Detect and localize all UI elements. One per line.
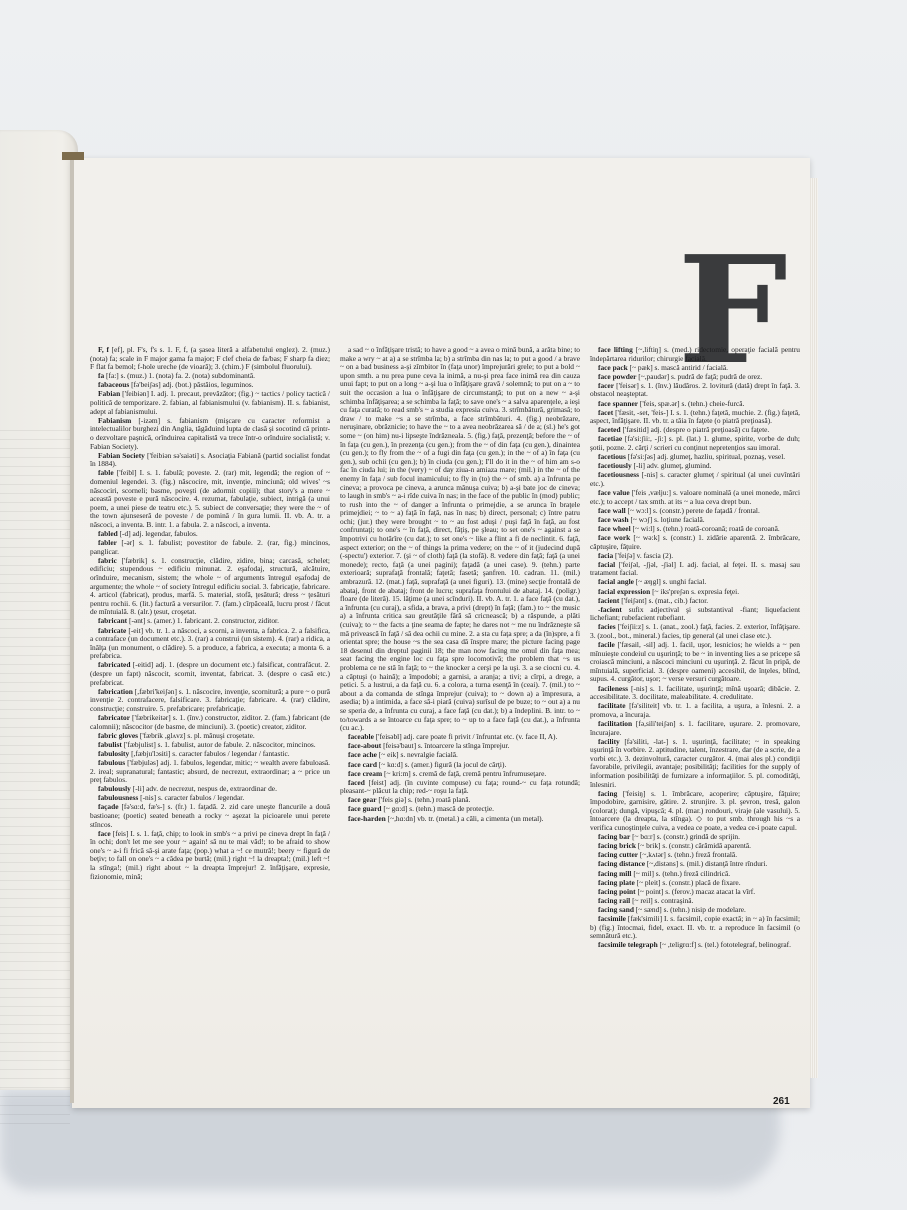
dictionary-entry: facilitate [fə'siliteit] vb. tr. 1. a fa… [590,702,800,719]
dictionary-entry: fabulous ['fæbjuləs] adj. 1. fabulos, le… [90,759,330,785]
entry-headword: fabulousness [98,793,138,802]
entry-definition: [~ bɑ:r] s. (constr.) grindă de sprijin. [632,832,740,841]
book-spine [70,158,74,1103]
entry-definition: ['fæbrik ,glʌvz] s. pl. mănuşi croşetate… [140,731,255,740]
entry-definition: ['feiʃii:z] s. 1. (anat., zool.) faţă, f… [590,622,800,640]
entry-headword: facient [598,596,619,605]
entry-definition: [fə'si:ʃəs] adj. glumeţ, hazliu, spiritu… [628,452,785,461]
entry-headword: face-harden [348,814,386,823]
dictionary-entry: facsimile telegraph [~ ,teligrɑ:f] s. (t… [590,941,800,950]
entry-definition: [~ brik] s. (constr.) cărămidă aparentă. [638,841,751,850]
entry-headword: facsimile telegraph [598,940,658,949]
entry-definition: ['fæsail, -sil] adj. 1. facil, uşor, les… [590,640,800,683]
entry-definition: [~ point] s. (ferov.) macaz atacat la vî… [637,887,755,896]
entry-headword: fabulist [98,740,122,749]
entry-definition: [~ ,teligrɑ:f] s. (tel.) fototelegraf, b… [660,940,791,949]
dictionary-entry: facial ['feiʃəl, -ʃjəl, -ʃiəl] I. adj. f… [590,561,800,578]
entry-definition: [ef], pl. F's, f's s. 1. F, f, (a şasea … [90,345,330,371]
entry-definition: [~ wɔ:l] s. (constr.) perete de faţadă /… [628,506,760,515]
dictionary-entry: fabricated [-eitid] adj. 1. (despre un d… [90,661,330,687]
dictionary-entry: faced [feist] adj. (în cuvinte compuse) … [340,779,580,796]
entry-definition: [~,kʌtər] s. (tehn.) freză frontală. [640,850,737,859]
entry-headword: facial expression [598,587,650,596]
dictionary-entry: facile ['fæsail, -sil] adj. 1. facil, uş… [590,641,800,684]
dictionary-entry: -facient sufix adjectival şi substantiva… [590,606,800,623]
entry-headword: face-about [348,741,381,750]
dictionary-entry: fable ['feibl] I. s. 1. fabulă; poveste.… [90,469,330,529]
column-3: face lifting [~,liftiŋ] s. (med.) ridect… [590,346,800,950]
dictionary-entry: face-harden [~,hɑ:dn] vb. tr. (metal.) a… [340,815,580,824]
dictionary-entry: facetiousness [-nis] s. caracter glumeţ … [590,471,800,488]
entry-definition: [fa:] s. (muz.) 1. (nota) fa. 2. (nota) … [106,371,255,380]
dictionary-entry: facer ['feisər] s. 1. (înv.) lăudăros. 2… [590,382,800,399]
dictionary-entry: fabrication [,fæbri'keiʃən] s. 1. născoc… [90,688,330,714]
column-2: a sad ~ o înfăţişare tristă; to have a g… [340,346,580,950]
left-page-faint-text [0,430,70,1130]
entry-definition: [~ sænd] s. (tehn.) nisip de modelare. [636,905,746,914]
entry-headword: facing sand [598,905,634,914]
entry-headword: facing rail [598,896,630,905]
entry-definition: [~ mil] s. (tehn.) freză cilindrică. [633,869,730,878]
dictionary-entry: F, f [ef], pl. F's, f's s. 1. F, f, (a ş… [90,346,330,372]
entry-definition: [~ wɔʃ] s. loţiune facială. [630,515,704,524]
entry-definition: [,fæbju'lɔsiti] s. caracter fabulos / le… [131,749,290,758]
entry-definition: [~ pleit] s. (constr.) placă de fixare. [637,878,741,887]
entry-definition: [~,distəns] s. (mil.) distanţă între rîn… [647,859,767,868]
entry-headword: face spanner [598,399,638,408]
dictionary-entry: a sad ~ o înfăţişare tristă; to have a g… [340,346,580,733]
dictionary-entry: face [feis] I. s. 1. faţă, chip; to look… [90,830,330,882]
dictionary-entry: face work [~ wə:k] s. (constr.) 1. zidăr… [590,534,800,551]
entry-headword: facetiously [598,461,632,470]
dictionary-entry: fabler [-ər] s. 1. fabulist; povestitor … [90,539,330,556]
entry-headword: faceted [598,425,621,434]
entry-headword: fabulously [98,784,131,793]
entry-definition: ['fæsit, -set, 'feis-] I. s. 1. (tehn.) … [590,408,800,426]
entry-definition: [fə'si:ʃii:, -ʃi:] s. pl. (lat.) 1. glum… [590,434,800,452]
dictionary-entry: facilitation [fə,sili'teiʃən] s. 1. faci… [590,720,800,737]
left-page-edge [0,130,78,1090]
entry-definition: ['feisəbl] adj. care poate fi privit / î… [376,732,558,741]
dictionary-columns: F, f [ef], pl. F's, f's s. 1. F, f, (a ş… [90,346,800,950]
entry-headword: face wheel [598,524,631,533]
entry-headword: facetious [598,452,626,461]
dictionary-entry: facileness [-nis] s. 1. facilitate, uşur… [590,685,800,702]
dictionary-entry: fabricate [-eit] vb. tr. 1. a născoci, a… [90,627,330,661]
entry-definition: ['fæsitid] adj. (despre o piatră preţioa… [622,425,769,434]
entry-definition: [~ æŋgl] s. unghi facial. [636,577,706,586]
entry-headword: face ache [348,750,377,759]
entry-definition: ['feisər] s. 1. (înv.) lăudăros. 2. lovi… [590,381,800,399]
entry-definition: ['feibiən] I. adj. 1. precaut, prevăzăto… [90,389,330,415]
dictionary-entry: face value ['feis ,vælju:] s. valoare no… [590,489,800,506]
entry-headword: face gear [348,795,377,804]
dictionary-entry: facility [fə'siliti, -lat-] s. 1. uşurin… [590,738,800,790]
entry-definition: [fə'siliti, -lat-] s. 1. uşurinţă, facil… [590,737,800,789]
entry-headword: fabled [98,529,118,538]
entry-headword: fa [98,371,104,380]
entry-definition: [-d] adj. legendar, fabulos. [120,529,198,538]
entry-definition: [fə'sɑ:d, fæ's-] s. (fr.) 1. faţadă. 2. … [90,802,330,828]
entry-headword: fabaceous [98,380,129,389]
entry-definition: sufix adjectival şi substantival -fiant;… [590,605,800,623]
entry-headword: face wall [598,506,626,515]
entry-headword: face cream [348,769,382,778]
entry-definition: [-nis] s. caracter fabulos / legendar. [140,793,244,802]
entry-definition: ['feiʃə] v. fascia (2). [615,551,673,560]
entry-definition: [-ər] s. 1. fabulist; povestitor de fabu… [90,538,330,556]
entry-headword: face guard [348,804,381,813]
entry-definition: [feisə'baut] s. întoarcere la stînga împ… [383,741,509,750]
entry-definition: [feist] adj. (în cuvinte compuse) cu faţ… [340,778,580,796]
entry-headword: faceable [348,732,374,741]
entry-headword: fabulosity [98,749,129,758]
entry-definition: ['feiʃənt] s. (mat., cib.) factor. [621,596,708,605]
dictionary-entry: fabricator ['fæbrikeitər] s. 1. (înv.) c… [90,714,330,731]
entry-definition: [feis] I. s. 1. faţă, chip; to look in s… [90,829,330,881]
entry-headword: facing mill [598,869,631,878]
entry-headword: fabricant [98,616,127,625]
entry-definition: ['feis giə] s. (tehn.) roată plană. [378,795,470,804]
entry-definition: ['fæbjulist] s. 1. fabulist, autor de fa… [124,740,316,749]
entry-definition: a sad ~ o înfăţişare tristă; to have a g… [340,345,580,732]
entry-headword: face powder [598,372,636,381]
entry-definition: [~,paudər] s. pudră de faţă; pudră de or… [638,372,762,381]
dictionary-entry: facsimile [fæk'simili] I. s. facsimil, c… [590,915,800,941]
column-1: F, f [ef], pl. F's, f's s. 1. F, f, (a ş… [90,346,330,950]
entry-headword: face pack [598,363,628,372]
entry-definition: ['fæbjuləs] adj. 1. fabulos, legendar, m… [90,758,330,784]
page-number: 261 [773,1096,790,1107]
entry-definition: [fə'beiʃəs] adj. (bot.) păstăios, legumi… [131,380,253,389]
entry-headword: face card [348,760,377,769]
dictionary-entry: facetiae [fə'si:ʃii:, -ʃi:] s. pl. (lat.… [590,435,800,452]
entry-definition: ['fæbrik] s. 1. construcţie, clădire, zi… [90,556,330,617]
dictionary-entry: facet ['fæsit, -set, 'feis-] I. s. 1. (t… [590,409,800,426]
entry-definition: ['feisiŋ] s. 1. îmbrăcare, acoperire; că… [590,789,800,832]
entry-definition: [-ənt] s. (amer.) 1. fabricant. 2. const… [129,616,279,625]
entry-headword: facial angle [598,577,634,586]
entry-headword: facing brick [598,841,636,850]
entry-headword: facing distance [598,859,645,868]
entry-headword: facing bar [598,832,630,841]
entry-definition: [~ eik] s. nevralgie facială. [379,750,458,759]
dictionary-entry: face lifting [~,liftiŋ] s. (med.) ridect… [590,346,800,363]
entry-definition: [~,hɑ:dn] vb. tr. (metal.) a căli, a cim… [388,814,544,823]
entry-definition: [-li] adv. glumeţ, glumind. [634,461,712,470]
entry-definition: ['feis, spæ.ər] s. (tehn.) cheie-furcă. [640,399,745,408]
dictionary-entry: Fabian Society ['feibiən sə'saiəti] s. A… [90,452,330,469]
entry-headword: facia [598,551,613,560]
entry-definition: [~ reil] s. contraşină. [632,896,693,905]
entry-definition: [~ kɑ:d] s. (amer.) figură (la jocul de … [379,760,507,769]
entry-definition: [-li] adv. de necrezut, nespus de, extra… [133,784,277,793]
entry-headword: face wash [598,515,629,524]
entry-definition: [~ wi:l] s. (tehn.) roată-coroană; roată… [633,524,780,533]
dictionary-entry: facies ['feiʃii:z] s. 1. (anat., zool.) … [590,623,800,640]
entry-headword: facing plate [598,878,635,887]
dictionary-entry: fabric ['fæbrik] s. 1. construcţie, clăd… [90,557,330,617]
entry-definition: [-eit] vb. tr. 1. a născoci, a scorni, a… [90,626,330,661]
entry-definition: [~ iks'preʃən s. expresia feţei. [652,587,739,596]
entry-headword: facing cutter [598,850,638,859]
spine-headband [62,152,84,160]
entry-definition: [~ gɑ:d] s. (tehn.) mască de protecţie. [383,804,494,813]
dictionary-entry: facing ['feisiŋ] s. 1. îmbrăcare, acoper… [590,790,800,833]
entry-definition: ['feiʃəl, -ʃjəl, -ʃiəl] I. adj. facial, … [590,560,800,578]
entry-headword: facing point [598,887,636,896]
entry-definition: [~ pæk] s. mască antirid / facială. [630,363,728,372]
dictionary-entry: Fabianism [-izəm] s. fabianism (mişcare … [90,417,330,451]
dictionary-entry: Fabian ['feibiən] I. adj. 1. precaut, pr… [90,390,330,416]
entry-definition: ['feibl] I. s. 1. fabulă; poveste. 2. (r… [90,468,330,529]
entry-definition: [~ kri:m] s. cremă de faţă, cremă pentru… [384,769,546,778]
entry-headword: fabric gloves [98,731,138,740]
dictionary-entry: façade [fə'sɑ:d, fæ's-] s. (fr.) 1. faţa… [90,803,330,829]
